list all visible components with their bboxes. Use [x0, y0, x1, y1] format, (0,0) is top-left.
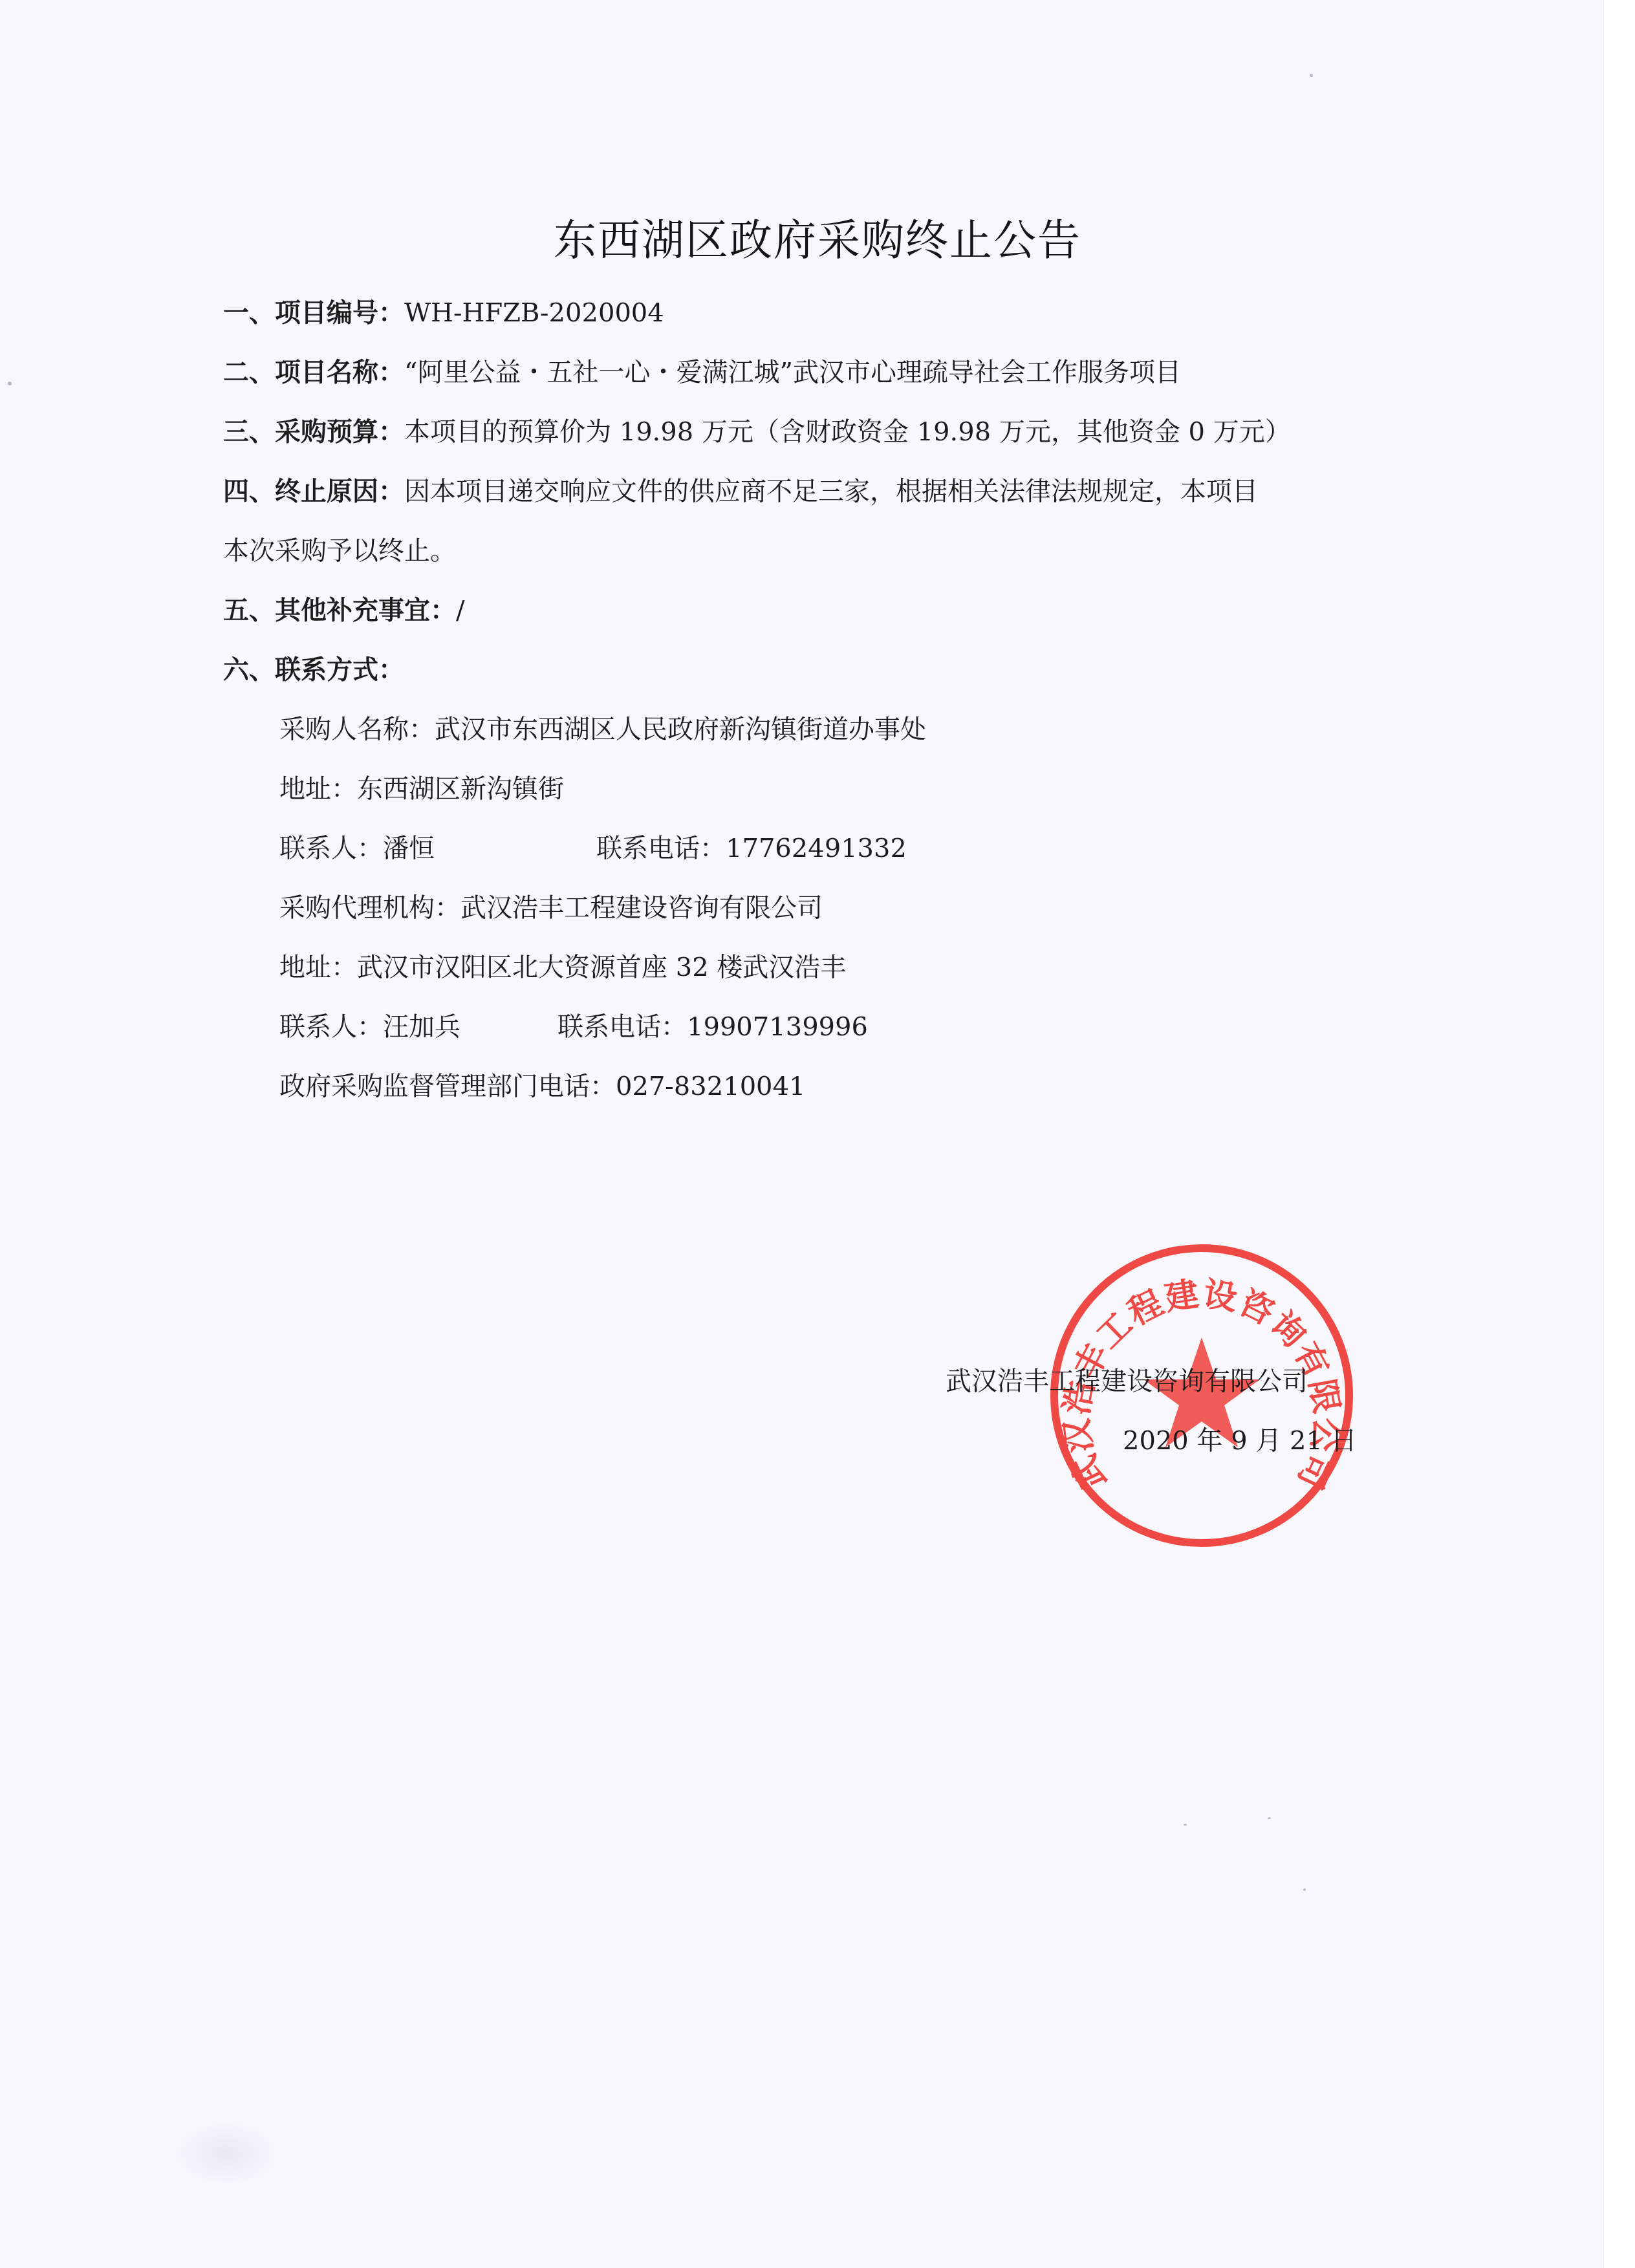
scan-speck — [1268, 1817, 1271, 1819]
purchaser-phone: 联系电话：17762491332 — [596, 834, 907, 863]
agency-name: 采购代理机构：武汉浩丰工程建设咨询有限公司 — [279, 890, 823, 926]
section-other-matters: 五、其他补充事宜：/ — [223, 592, 464, 629]
section-project-name: 二、项目名称：“阿里公益・五社一心・爱满江城”武汉市心理疏导社会工作服务项目 — [223, 354, 1181, 391]
scan-page-edge — [1603, 0, 1635, 2268]
section-label: 五、其他补充事宜： — [223, 596, 456, 625]
project-name-value: “阿里公益・五社一心・爱满江城”武汉市心理疏导社会工作服务项目 — [404, 358, 1181, 387]
agency-phone: 联系电话：19907139996 — [558, 1012, 868, 1042]
section-label: 六、联系方式： — [223, 655, 404, 685]
section-contact-info: 六、联系方式： — [223, 652, 404, 688]
purchaser-contact-row: 联系人：潘恒联系电话：17762491332 — [279, 830, 907, 867]
section-label: 三、采购预算： — [223, 417, 404, 447]
agency-contact-row: 联系人：汪加兵联系电话：19907139996 — [279, 1009, 868, 1045]
signature-date: 2020 年 9 月 21 日 — [1123, 1423, 1357, 1459]
section-label: 四、终止原因： — [223, 477, 404, 506]
scan-speck — [1310, 74, 1313, 77]
scan-speck — [1303, 1888, 1306, 1891]
section-budget: 三、采购预算：本项目的预算价为 19.98 万元（含财政资金 19.98 万元，… — [223, 414, 1291, 450]
scan-speck — [1184, 1824, 1187, 1826]
scan-speck — [8, 382, 12, 385]
scan-ghost-mark — [175, 2121, 278, 2186]
supervisor-phone: 政府采购监督管理部门电话：027-83210041 — [279, 1068, 805, 1105]
document-title: 东西湖区政府采购终止公告 — [0, 206, 1635, 267]
purchaser-address: 地址：东西湖区新沟镇街 — [279, 771, 564, 807]
termination-reason-value: 因本项目递交响应文件的供应商不足三家，根据相关法律法规规定，本项目 — [404, 477, 1258, 506]
agency-contact: 联系人：汪加兵 — [279, 1012, 460, 1042]
budget-value: 本项目的预算价为 19.98 万元（含财政资金 19.98 万元，其他资金 0 … — [404, 417, 1291, 447]
purchaser-name: 采购人名称：武汉市东西湖区人民政府新沟镇街道办事处 — [279, 711, 926, 748]
section-termination-reason: 四、终止原因：因本项目递交响应文件的供应商不足三家，根据相关法律法规规定，本项目 — [223, 473, 1258, 510]
signature-company: 武汉浩丰工程建设咨询有限公司 — [946, 1363, 1308, 1399]
termination-reason-continuation: 本次采购予以终止。 — [223, 533, 456, 569]
other-matters-value: / — [456, 596, 464, 625]
section-label: 二、项目名称： — [223, 358, 404, 387]
purchaser-contact: 联系人：潘恒 — [279, 834, 435, 863]
termination-reason-continuation-text: 本次采购予以终止。 — [223, 536, 456, 566]
project-number-value: WH-HFZB-2020004 — [404, 298, 664, 328]
agency-address: 地址：武汉市汉阳区北大资源首座 32 楼武汉浩丰 — [279, 949, 846, 986]
section-project-number: 一、项目编号：WH-HFZB-2020004 — [223, 295, 664, 331]
section-label: 一、项目编号： — [223, 298, 404, 328]
